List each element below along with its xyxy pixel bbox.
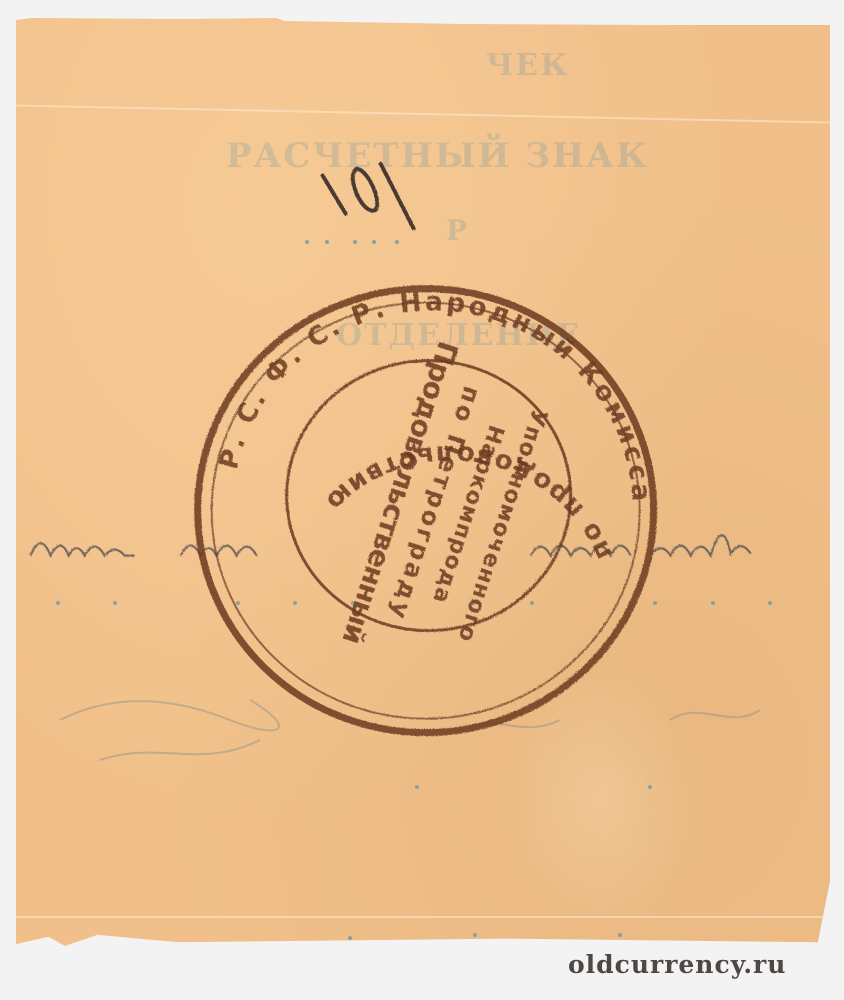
svg-text:Р. С. Ф. С. Р. Народный Комисс: Р. С. Ф. С. Р. Народный Комиссариат: [0, 0, 655, 505]
stamp-and-markings: Р. С. Ф. С. Р. Народный Комиссариат по п…: [0, 0, 844, 1000]
circular-stamp: Р. С. Ф. С. Р. Народный Комиссариат по п…: [0, 0, 655, 732]
watermark: oldcurrency.ru: [568, 950, 786, 979]
handwritten-number: [322, 163, 413, 228]
